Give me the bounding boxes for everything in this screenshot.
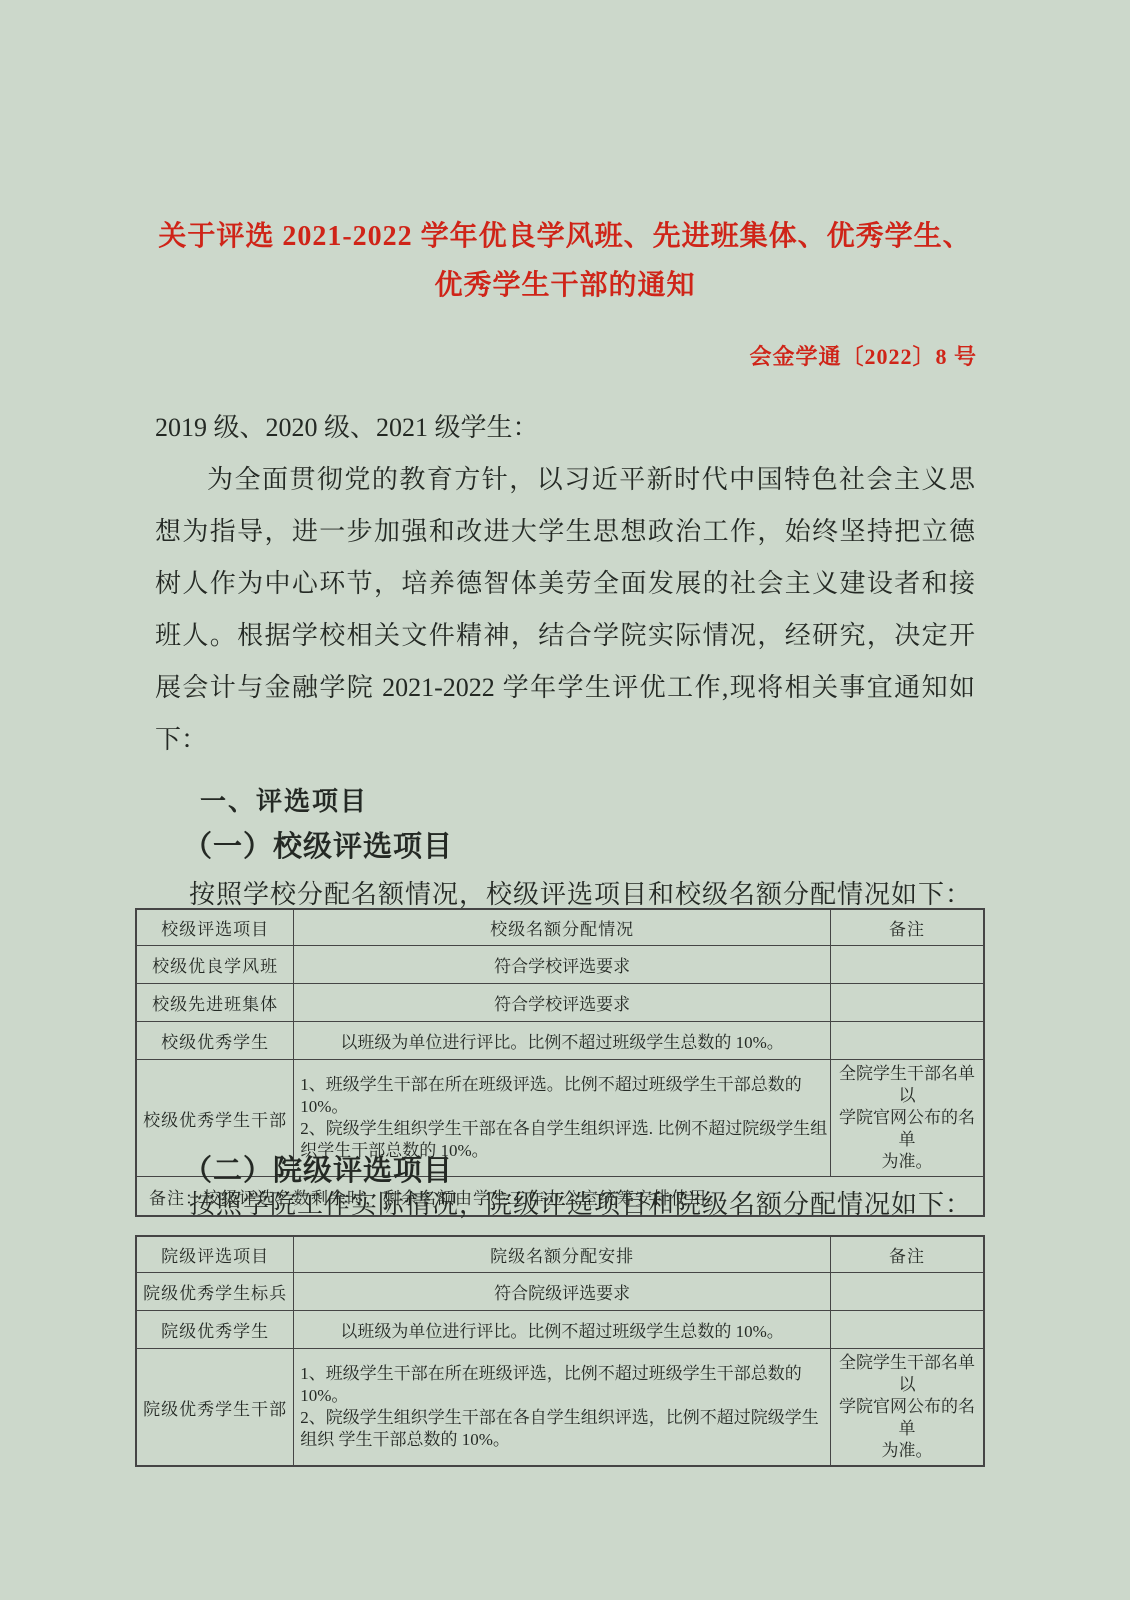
paragraph-line: 树人作为中心环节，培养德智体美劳全面发展的社会主义建设者和接 (155, 558, 975, 610)
note-cell (831, 946, 985, 984)
paragraph-line: 为全面贯彻党的教育方针，以习近平新时代中国特色社会主义思 (155, 454, 975, 506)
salutation: 2019 级、2020 级、2021 级学生： (155, 402, 975, 454)
paragraph-line: 展会计与金融学院 2021-2022 学年学生评优工作,现将相关事宜通知如 (155, 662, 975, 714)
item-cell: 院级优秀学生干部 (136, 1349, 294, 1467)
allocation-cell: 符合学校评选要求 (294, 984, 831, 1022)
note-cell (831, 1311, 985, 1349)
note-cell (831, 984, 985, 1022)
subsection-heading-school-level: （一）校级评选项目 (183, 824, 453, 865)
table-header-cell: 校级名额分配情况 (294, 909, 831, 946)
allocation-cell: 符合学校评选要求 (294, 946, 831, 984)
item-cell: 院级优秀学生标兵 (136, 1273, 294, 1311)
table-header-cell: 校级评选项目 (136, 909, 294, 946)
table-row: 校级先进班集体符合学校评选要求 (136, 984, 984, 1022)
subsection-heading-college-level: （二）院级评选项目 (183, 1148, 453, 1189)
table-row: 院级优秀学生以班级为单位进行评比。比例不超过班级学生总数的 10%。 (136, 1311, 984, 1349)
college-level-intro: 按照学院工作实际情况，院级评选项目和院级名额分配情况如下： (135, 1184, 985, 1221)
section-heading-evaluation-items: 一、评选项目 (200, 781, 368, 818)
table-header-cell: 备注 (831, 909, 985, 946)
table-header-cell: 院级评选项目 (136, 1236, 294, 1273)
table-row: 校级优良学风班符合学校评选要求 (136, 946, 984, 984)
school-level-intro: 按照学校分配名额情况，校级评选项目和校级名额分配情况如下： (135, 874, 985, 911)
title-line-2: 优秀学生干部的通知 (0, 261, 1130, 310)
allocation-cell: 以班级为单位进行评比。比例不超过班级学生总数的 10%。 (294, 1311, 831, 1349)
table-row: 院级优秀学生干部1、班级学生干部在所在班级评选，比例不超过班级学生干部总数的 1… (136, 1349, 984, 1467)
page-title: 关于评选 2021-2022 学年优良学风班、先进班集体、优秀学生、 优秀学生干… (0, 212, 1130, 310)
note-cell (831, 1022, 985, 1060)
note-cell: 全院学生干部名单以 学院官网公布的名单 为准。 (831, 1349, 985, 1467)
table-header-cell: 备注 (831, 1236, 985, 1273)
college-level-table: 院级评选项目院级名额分配安排备注院级优秀学生标兵符合院级评选要求院级优秀学生以班… (135, 1235, 985, 1467)
table-row: 校级优秀学生以班级为单位进行评比。比例不超过班级学生总数的 10%。 (136, 1022, 984, 1060)
title-line-1: 关于评选 2021-2022 学年优良学风班、先进班集体、优秀学生、 (0, 212, 1130, 261)
table-row: 院级优秀学生标兵符合院级评选要求 (136, 1273, 984, 1311)
note-cell (831, 1273, 985, 1311)
main-paragraph: 为全面贯彻党的教育方针，以习近平新时代中国特色社会主义思想为指导，进一步加强和改… (155, 454, 975, 766)
item-cell: 院级优秀学生 (136, 1311, 294, 1349)
allocation-cell: 以班级为单位进行评比。比例不超过班级学生总数的 10%。 (294, 1022, 831, 1060)
paragraph-line: 下： (155, 714, 975, 766)
document-page: 关于评选 2021-2022 学年优良学风班、先进班集体、优秀学生、 优秀学生干… (0, 0, 1130, 1600)
paragraph-line: 班人。根据学校相关文件精神，结合学院实际情况，经研究，决定开 (155, 610, 975, 662)
note-cell: 全院学生干部名单以 学院官网公布的名单 为准。 (831, 1060, 985, 1177)
allocation-cell: 符合院级评选要求 (294, 1273, 831, 1311)
body-text: 2019 级、2020 级、2021 级学生： 为全面贯彻党的教育方针，以习近平… (155, 402, 975, 766)
document-number: 会金学通〔2022〕8 号 (749, 340, 977, 371)
allocation-cell: 1、班级学生干部在所在班级评选，比例不超过班级学生干部总数的 10%。 2、院级… (294, 1349, 831, 1467)
item-cell: 校级优良学风班 (136, 946, 294, 984)
item-cell: 校级优秀学生 (136, 1022, 294, 1060)
paragraph-line: 想为指导，进一步加强和改进大学生思想政治工作，始终坚持把立德 (155, 506, 975, 558)
item-cell: 校级先进班集体 (136, 984, 294, 1022)
table-header-cell: 院级名额分配安排 (294, 1236, 831, 1273)
